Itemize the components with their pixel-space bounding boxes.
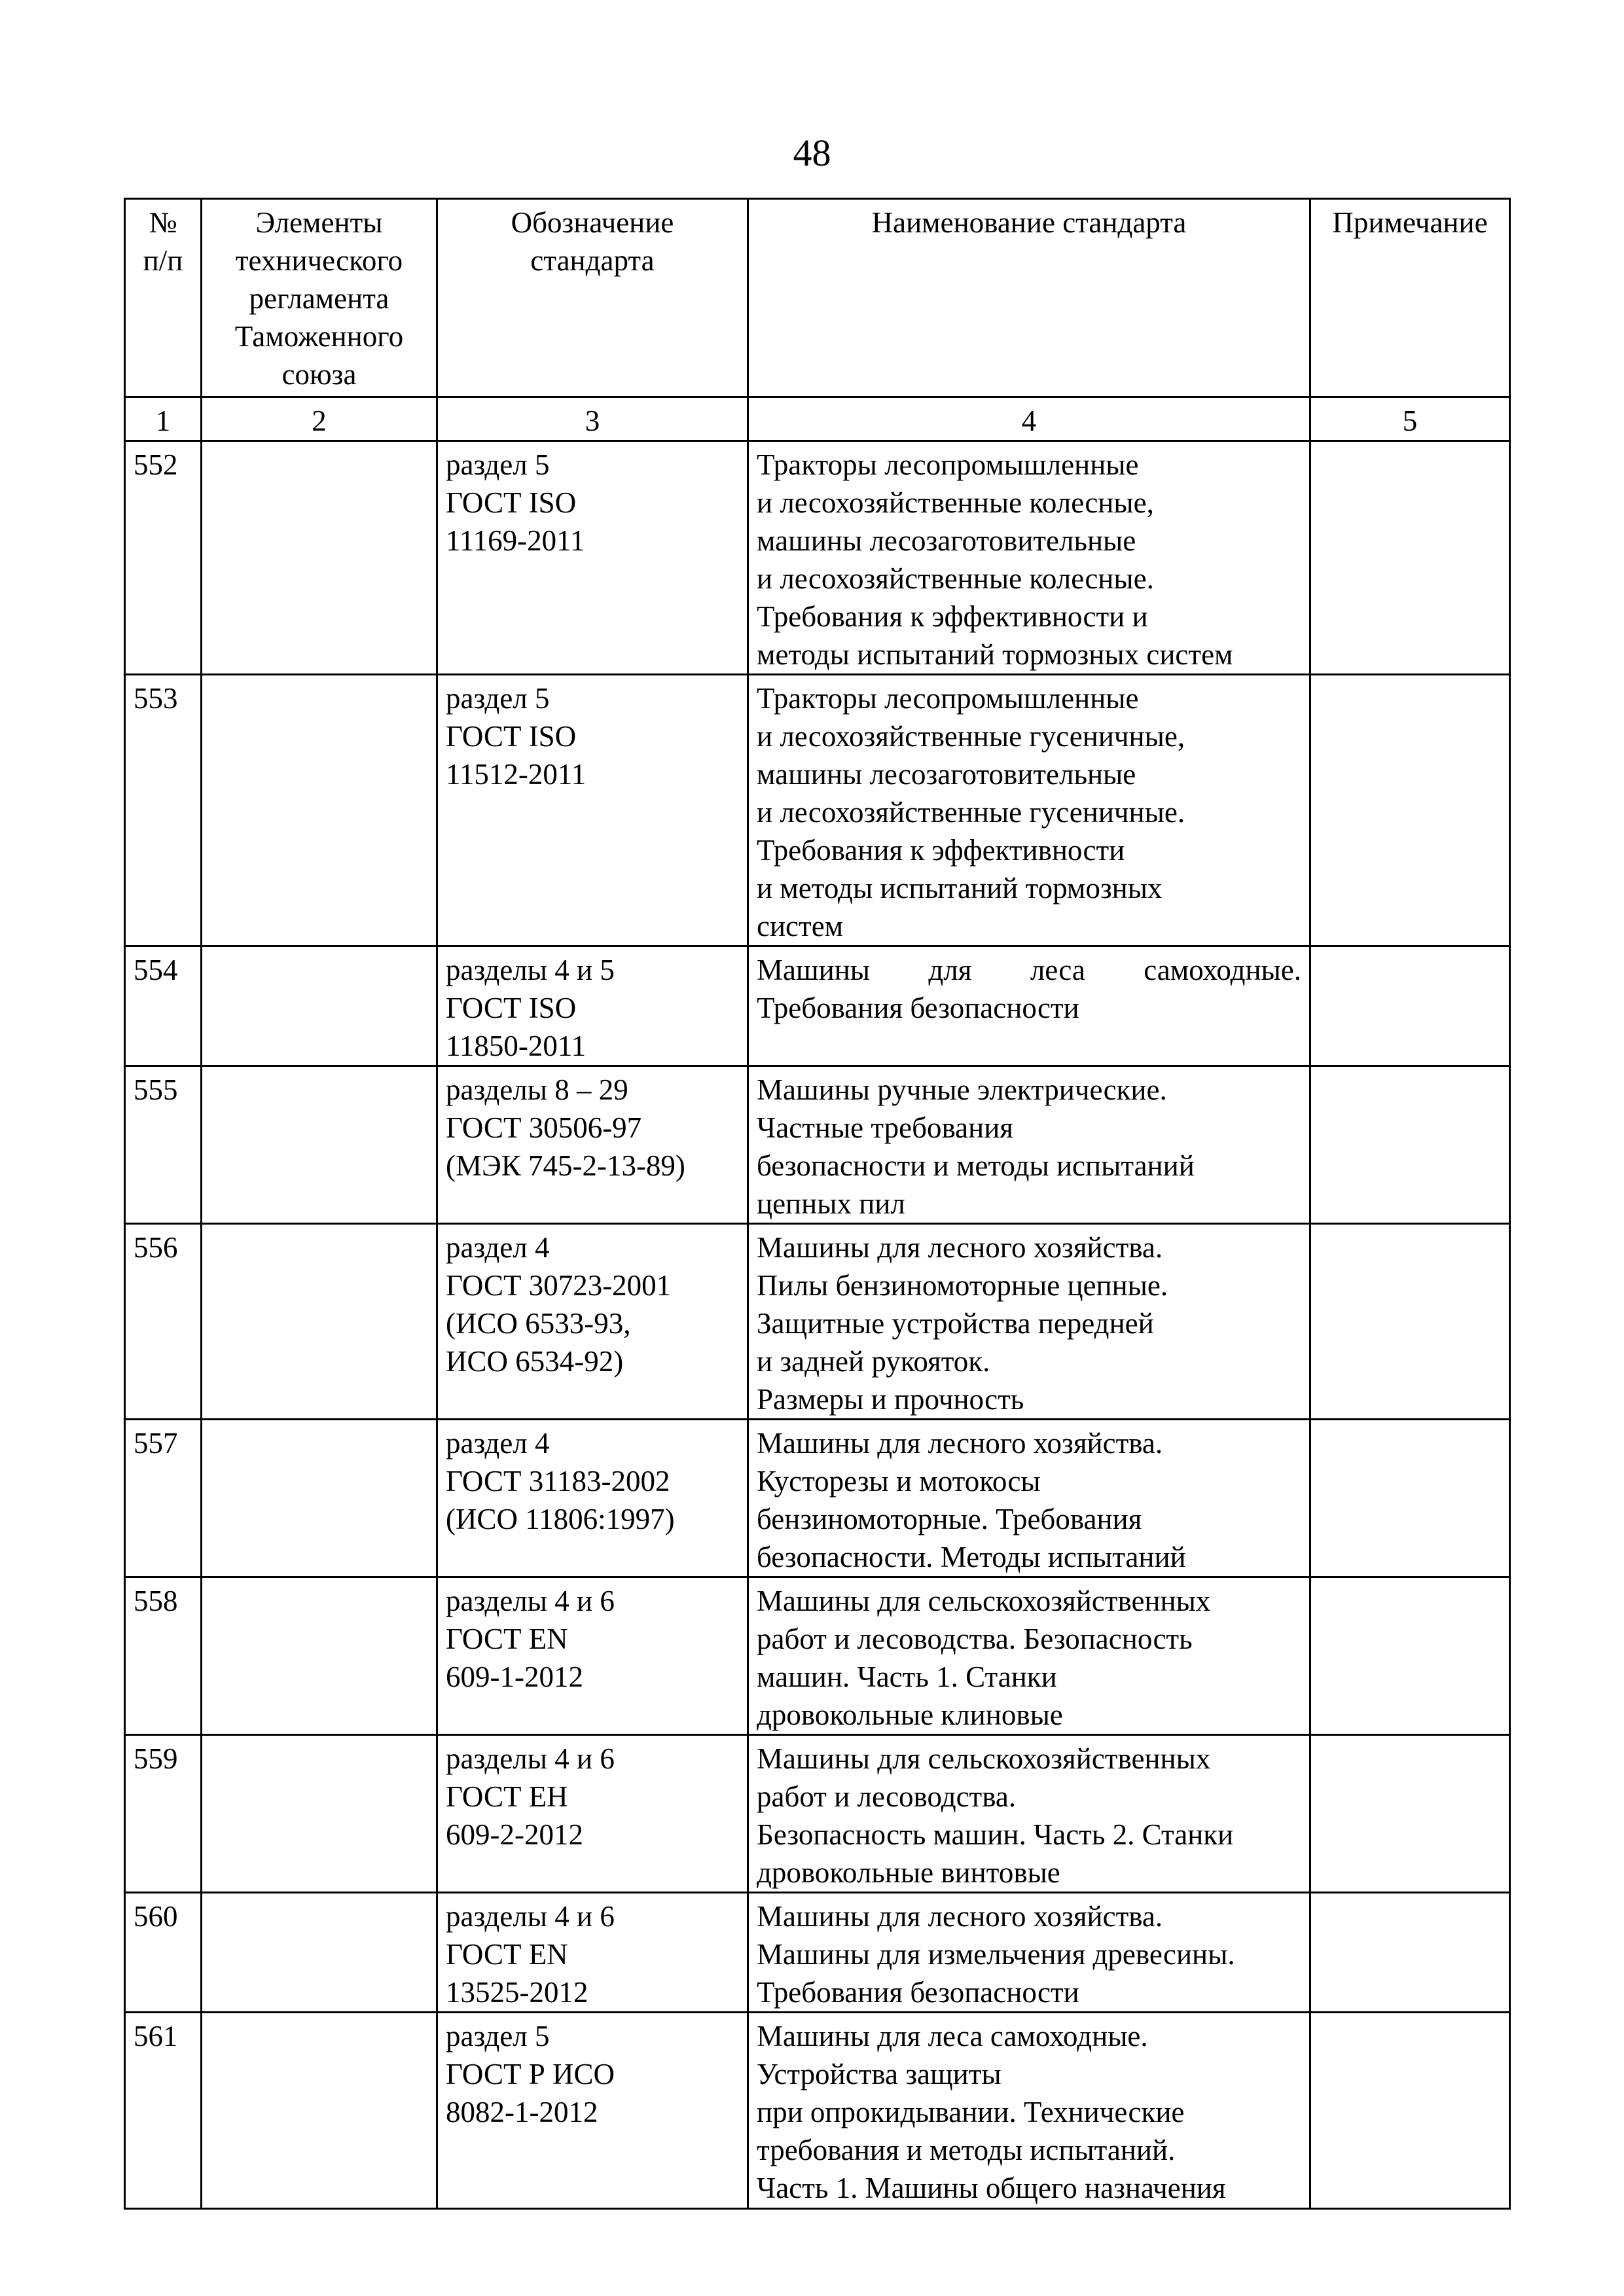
row-element	[202, 441, 437, 675]
row-designation-line: ГОСТ 30506-97	[446, 1109, 739, 1147]
header-line: Таможенного	[210, 317, 428, 355]
table-row: 553раздел 5ГОСТ ISO11512-2011Тракторы ле…	[125, 675, 1510, 946]
row-note	[1310, 675, 1510, 946]
header-line: Наименование стандарта	[757, 204, 1301, 242]
row-designation: разделы 4 и 5ГОСТ ISO11850-2011	[437, 946, 748, 1066]
row-standard-name-line: Машины для леса самоходные.	[757, 2017, 1301, 2055]
row-standard-name: Машины для сельскохозяйственныхработ и л…	[748, 1735, 1310, 1893]
row-standard-name: Машины ручные электрические.Частные треб…	[748, 1066, 1310, 1224]
row-standard-name-line: безопасности. Методы испытаний	[757, 1538, 1301, 1576]
row-standard-name-line: Частные требования	[757, 1109, 1301, 1147]
row-number: 560	[125, 1893, 202, 2013]
row-standard-name-line: бензиномоторные. Требования	[757, 1500, 1301, 1538]
row-standard-name-line: и лесохозяйственные гусеничные,	[757, 717, 1301, 755]
row-standard-name-line: и методы испытаний тормозных	[757, 869, 1301, 907]
row-standard-name-line: работ и лесоводства.	[757, 1778, 1301, 1816]
row-standard-name-line: дровокольные винтовые	[757, 1854, 1301, 1892]
row-element	[202, 1420, 437, 1577]
table-row: 555разделы 8 – 29ГОСТ 30506-97(МЭК 745-2…	[125, 1066, 1510, 1224]
row-element	[202, 1224, 437, 1420]
column-number-row: 1 2 3 4 5	[125, 397, 1510, 441]
row-note	[1310, 1420, 1510, 1577]
row-designation-line: 11512-2011	[446, 755, 739, 793]
column-number: 3	[437, 397, 748, 441]
row-standard-name-line: цепных пил	[757, 1185, 1301, 1223]
row-element	[202, 946, 437, 1066]
row-note	[1310, 1893, 1510, 2013]
row-standard-name-line: при опрокидывании. Технические	[757, 2093, 1301, 2131]
row-number: 556	[125, 1224, 202, 1420]
row-designation-line: ГОСТ 30723-2001	[446, 1266, 739, 1304]
page-number: 48	[0, 134, 1624, 172]
row-designation-line: раздел 4	[446, 1424, 739, 1462]
row-standard-name-line: Машины для сельскохозяйственных	[757, 1740, 1301, 1778]
header-line: регламента	[210, 279, 428, 317]
row-standard-name-line: методы испытаний тормозных систем	[757, 636, 1301, 673]
row-designation-line: ГОСТ Р ИСО	[446, 2055, 739, 2093]
row-designation-line: 8082-1-2012	[446, 2093, 739, 2131]
row-designation: раздел 5ГОСТ ISO11169-2011	[437, 441, 748, 675]
row-standard-name: Машины для леса самоходные.Устройства за…	[748, 2013, 1310, 2209]
row-designation-line: разделы 8 – 29	[446, 1071, 739, 1109]
row-designation-line: раздел 5	[446, 679, 739, 717]
header-line: Обозначение	[446, 204, 739, 242]
row-element	[202, 675, 437, 946]
row-element	[202, 2013, 437, 2209]
row-standard-name-line: Машины для сельскохозяйственных	[757, 1582, 1301, 1620]
row-number: 554	[125, 946, 202, 1066]
row-standard-name-line: Машины для лесного хозяйства.	[757, 1229, 1301, 1266]
column-number: 5	[1310, 397, 1510, 441]
row-standard-name-line: Тракторы лесопромышленные	[757, 679, 1301, 717]
row-designation-line: ГОСТ ISO	[446, 484, 739, 522]
column-number: 1	[125, 397, 202, 441]
row-designation-line: раздел 4	[446, 1229, 739, 1266]
row-designation-line: 609-1-2012	[446, 1658, 739, 1696]
row-number: 553	[125, 675, 202, 946]
row-standard-name-line: Машины для лесного хозяйства.	[757, 1897, 1301, 1935]
row-designation-line: ИСО 6534-92)	[446, 1342, 739, 1380]
header-line: союза	[210, 355, 428, 393]
row-designation: разделы 4 и 6ГОСТ EN609-1-2012	[437, 1577, 748, 1735]
row-standard-name-line: Требования к эффективности и	[757, 598, 1301, 636]
header-elements: ЭлементытехническогорегламентаТаможенног…	[202, 199, 437, 397]
row-standard-name-line: Машины для лесного хозяйства.	[757, 1424, 1301, 1462]
row-standard-name-line: работ и лесоводства. Безопасность	[757, 1620, 1301, 1658]
row-standard-name-line: Размеры и прочность	[757, 1380, 1301, 1418]
row-designation-line: ГОСТ EN	[446, 1620, 739, 1658]
row-number: 561	[125, 2013, 202, 2209]
row-note	[1310, 1735, 1510, 1893]
row-standard-name-line: Требования безопасности	[757, 989, 1301, 1027]
row-designation-line: 11850-2011	[446, 1027, 739, 1065]
row-designation-line: (МЭК 745-2-13-89)	[446, 1147, 739, 1185]
row-designation: раздел 4ГОСТ 30723-2001(ИСО 6533-93,ИСО …	[437, 1224, 748, 1420]
row-number: 558	[125, 1577, 202, 1735]
row-standard-name-line: и лесохозяйственные колесные.	[757, 560, 1301, 598]
row-element	[202, 1066, 437, 1224]
row-designation-line: (ИСО 11806:1997)	[446, 1500, 739, 1538]
table-row: 556раздел 4ГОСТ 30723-2001(ИСО 6533-93,И…	[125, 1224, 1510, 1420]
row-standard-name-line: и лесохозяйственные колесные,	[757, 484, 1301, 522]
row-element	[202, 1577, 437, 1735]
row-designation: разделы 8 – 29ГОСТ 30506-97(МЭК 745-2-13…	[437, 1066, 748, 1224]
table-row: 559разделы 4 и 6ГОСТ ЕН609-2-2012Машины …	[125, 1735, 1510, 1893]
row-designation-line: ГОСТ ISO	[446, 717, 739, 755]
standards-table: №п/п ЭлементытехническогорегламентаТамож…	[124, 198, 1511, 2210]
header-line: №	[134, 204, 192, 242]
row-designation: разделы 4 и 6ГОСТ ЕН609-2-2012	[437, 1735, 748, 1893]
row-designation-line: ГОСТ 31183-2002	[446, 1462, 739, 1500]
row-designation-line: раздел 5	[446, 2017, 739, 2055]
row-note	[1310, 1577, 1510, 1735]
row-designation-line: разделы 4 и 5	[446, 951, 739, 989]
table-body: 552раздел 5ГОСТ ISO11169-2011Тракторы ле…	[125, 441, 1510, 2209]
header-line: Примечание	[1319, 204, 1501, 242]
row-standard-name-line: Кусторезы и мотокосы	[757, 1462, 1301, 1500]
row-standard-name: Машины для леса самоходные.Требования бе…	[748, 946, 1310, 1066]
row-standard-name: Машины для лесного хозяйства.Кусторезы и…	[748, 1420, 1310, 1577]
row-standard-name-line: систем	[757, 907, 1301, 945]
row-designation: раздел 5ГОСТ ISO11512-2011	[437, 675, 748, 946]
row-element	[202, 1893, 437, 2013]
row-designation-line: 11169-2011	[446, 522, 739, 560]
table-row: 552раздел 5ГОСТ ISO11169-2011Тракторы ле…	[125, 441, 1510, 675]
row-designation: разделы 4 и 6ГОСТ EN13525-2012	[437, 1893, 748, 2013]
row-number: 557	[125, 1420, 202, 1577]
row-designation-line: ГОСТ EN	[446, 1935, 739, 1973]
table-row: 554разделы 4 и 5ГОСТ ISO11850-2011Машины…	[125, 946, 1510, 1066]
row-note	[1310, 1066, 1510, 1224]
row-standard-name-line: Защитные устройства передней	[757, 1304, 1301, 1342]
row-designation: раздел 5ГОСТ Р ИСО8082-1-2012	[437, 2013, 748, 2209]
row-standard-name-line: дровокольные клиновые	[757, 1696, 1301, 1734]
header-designation: Обозначениестандарта	[437, 199, 748, 397]
row-standard-name-line: Требования безопасности	[757, 1973, 1301, 2011]
row-designation: раздел 4ГОСТ 31183-2002(ИСО 11806:1997)	[437, 1420, 748, 1577]
row-number: 555	[125, 1066, 202, 1224]
table-row: 561раздел 5ГОСТ Р ИСО8082-1-2012Машины д…	[125, 2013, 1510, 2209]
header-line: п/п	[134, 242, 192, 279]
header-standard-name: Наименование стандарта	[748, 199, 1310, 397]
row-number: 552	[125, 441, 202, 675]
row-standard-name-line: Требования к эффективности	[757, 831, 1301, 869]
row-standard-name: Машины для сельскохозяйственныхработ и л…	[748, 1577, 1310, 1735]
header-number: №п/п	[125, 199, 202, 397]
header-line: технического	[210, 242, 428, 279]
row-note	[1310, 1224, 1510, 1420]
row-standard-name: Тракторы лесопромышленныеи лесохозяйстве…	[748, 441, 1310, 675]
row-note	[1310, 2013, 1510, 2209]
header-line: Элементы	[210, 204, 428, 242]
table-header-row: №п/п ЭлементытехническогорегламентаТамож…	[125, 199, 1510, 397]
header-note: Примечание	[1310, 199, 1510, 397]
row-designation-line: разделы 4 и 6	[446, 1897, 739, 1935]
row-standard-name-line: Машины для леса самоходные.	[757, 951, 1301, 989]
row-standard-name-line: Машины для измельчения древесины.	[757, 1935, 1301, 1973]
row-standard-name-line: Пилы бензиномоторные цепные.	[757, 1266, 1301, 1304]
row-standard-name-line: Машины ручные электрические.	[757, 1071, 1301, 1109]
row-designation-line: ГОСТ ЕН	[446, 1778, 739, 1816]
row-designation-line: (ИСО 6533-93,	[446, 1304, 739, 1342]
row-standard-name-line: безопасности и методы испытаний	[757, 1147, 1301, 1185]
row-note	[1310, 946, 1510, 1066]
row-standard-name-line: и лесохозяйственные гусеничные.	[757, 793, 1301, 831]
row-standard-name-line: Безопасность машин. Часть 2. Станки	[757, 1816, 1301, 1854]
row-standard-name: Тракторы лесопромышленныеи лесохозяйстве…	[748, 675, 1310, 946]
row-standard-name-line: машин. Часть 1. Станки	[757, 1658, 1301, 1696]
row-standard-name: Машины для лесного хозяйства.Пилы бензин…	[748, 1224, 1310, 1420]
row-designation-line: раздел 5	[446, 446, 739, 484]
header-line: стандарта	[446, 242, 739, 279]
row-standard-name-line: машины лесозаготовительные	[757, 522, 1301, 560]
column-number: 2	[202, 397, 437, 441]
row-standard-name-line: машины лесозаготовительные	[757, 755, 1301, 793]
row-standard-name-line: Часть 1. Машины общего назначения	[757, 2169, 1301, 2207]
table-row: 558разделы 4 и 6ГОСТ EN609-1-2012Машины …	[125, 1577, 1510, 1735]
row-designation-line: ГОСТ ISO	[446, 989, 739, 1027]
row-standard-name-line: требования и методы испытаний.	[757, 2131, 1301, 2169]
row-designation-line: разделы 4 и 6	[446, 1740, 739, 1778]
row-designation-line: разделы 4 и 6	[446, 1582, 739, 1620]
row-number: 559	[125, 1735, 202, 1893]
row-standard-name-line: Тракторы лесопромышленные	[757, 446, 1301, 484]
column-number: 4	[748, 397, 1310, 441]
row-standard-name-line: Устройства защиты	[757, 2055, 1301, 2093]
row-note	[1310, 441, 1510, 675]
table-row: 557раздел 4ГОСТ 31183-2002(ИСО 11806:199…	[125, 1420, 1510, 1577]
row-standard-name: Машины для лесного хозяйства.Машины для …	[748, 1893, 1310, 2013]
row-standard-name-line: и задней рукояток.	[757, 1342, 1301, 1380]
row-designation-line: 609-2-2012	[446, 1816, 739, 1854]
row-element	[202, 1735, 437, 1893]
row-designation-line: 13525-2012	[446, 1973, 739, 2011]
table-row: 560разделы 4 и 6ГОСТ EN13525-2012Машины …	[125, 1893, 1510, 2013]
